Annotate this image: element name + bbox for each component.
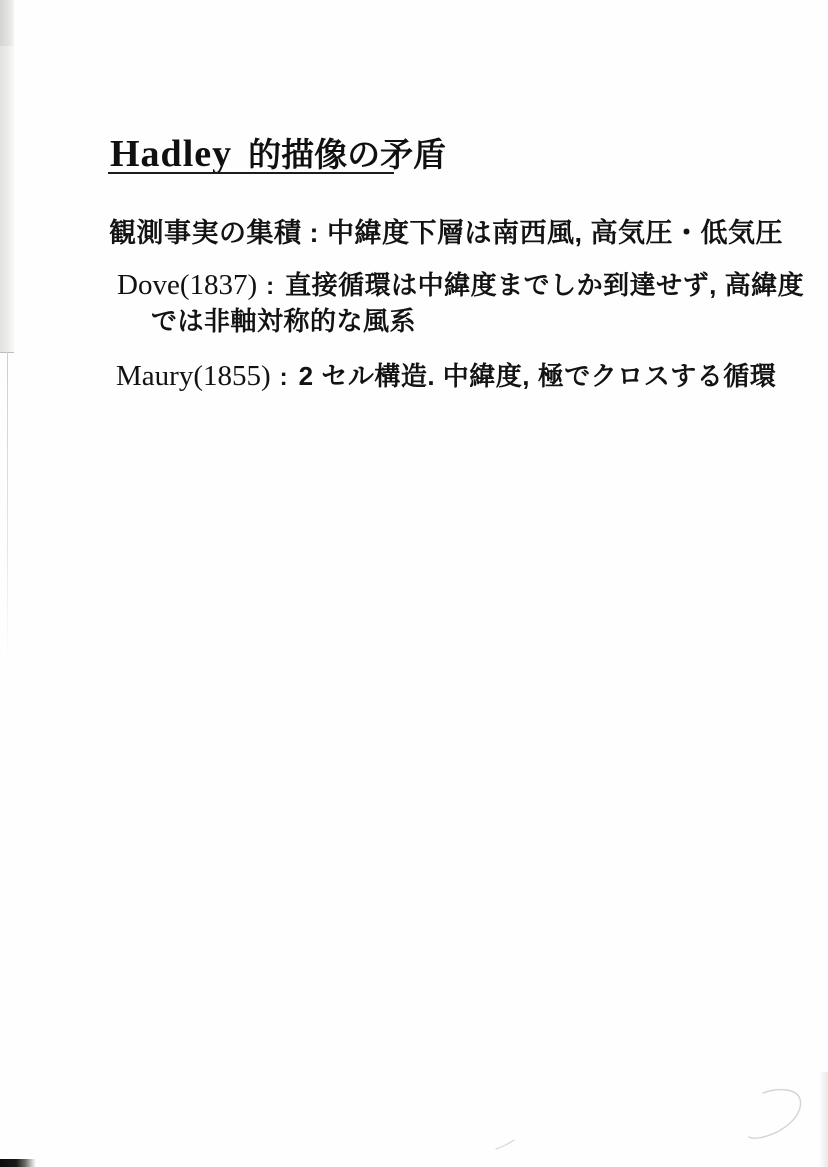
- entry-dove-line1: Dove(1837):直接循環は中緯度までしか到達せず, 高緯度: [117, 265, 804, 302]
- entry-maury-label: Maury(1855): [116, 360, 271, 392]
- faint-pen-mark: [745, 1085, 815, 1155]
- scan-shadow-bottom-right: [819, 1072, 828, 1167]
- entry-dove-text-line2: では非軸対称的な風系: [151, 306, 416, 336]
- entry-dove-colon: :: [266, 273, 274, 300]
- scan-shadow-left-band: [0, 0, 14, 353]
- scan-shadow-left-band-top: [0, 0, 14, 46]
- title-underline: [108, 172, 394, 174]
- title-japanese-text: 的描像の矛盾: [248, 136, 446, 173]
- scan-fold-line: [7, 352, 8, 662]
- page-title: Hadley 的描像の矛盾: [110, 129, 446, 176]
- entry-maury-line: Maury(1855):2 セル構造. 中緯度, 極でクロスする循環: [116, 356, 776, 393]
- entry-dove-text-line1: 直接循環は中緯度までしか到達せず, 高緯度: [285, 270, 804, 300]
- entry-maury-text: 2 セル構造. 中緯度, 極でクロスする循環: [299, 361, 777, 391]
- faint-scratch-mark: [494, 1138, 516, 1157]
- entry-maury-colon: :: [280, 364, 288, 391]
- scanned-document-page: Hadley 的描像の矛盾 観測事実の集積 : 中緯度下層は南西風, 高気圧・低…: [0, 0, 828, 1167]
- title-latin-text: Hadley: [110, 133, 232, 175]
- entry-dove-label: Dove(1837): [117, 269, 257, 301]
- scan-black-bar-bottom-left: [0, 1159, 36, 1167]
- observation-summary-line: 観測事実の集積 : 中緯度下層は南西風, 高気圧・低気圧: [109, 211, 783, 250]
- entry-dove-line2: では非軸対称的な風系: [151, 301, 416, 338]
